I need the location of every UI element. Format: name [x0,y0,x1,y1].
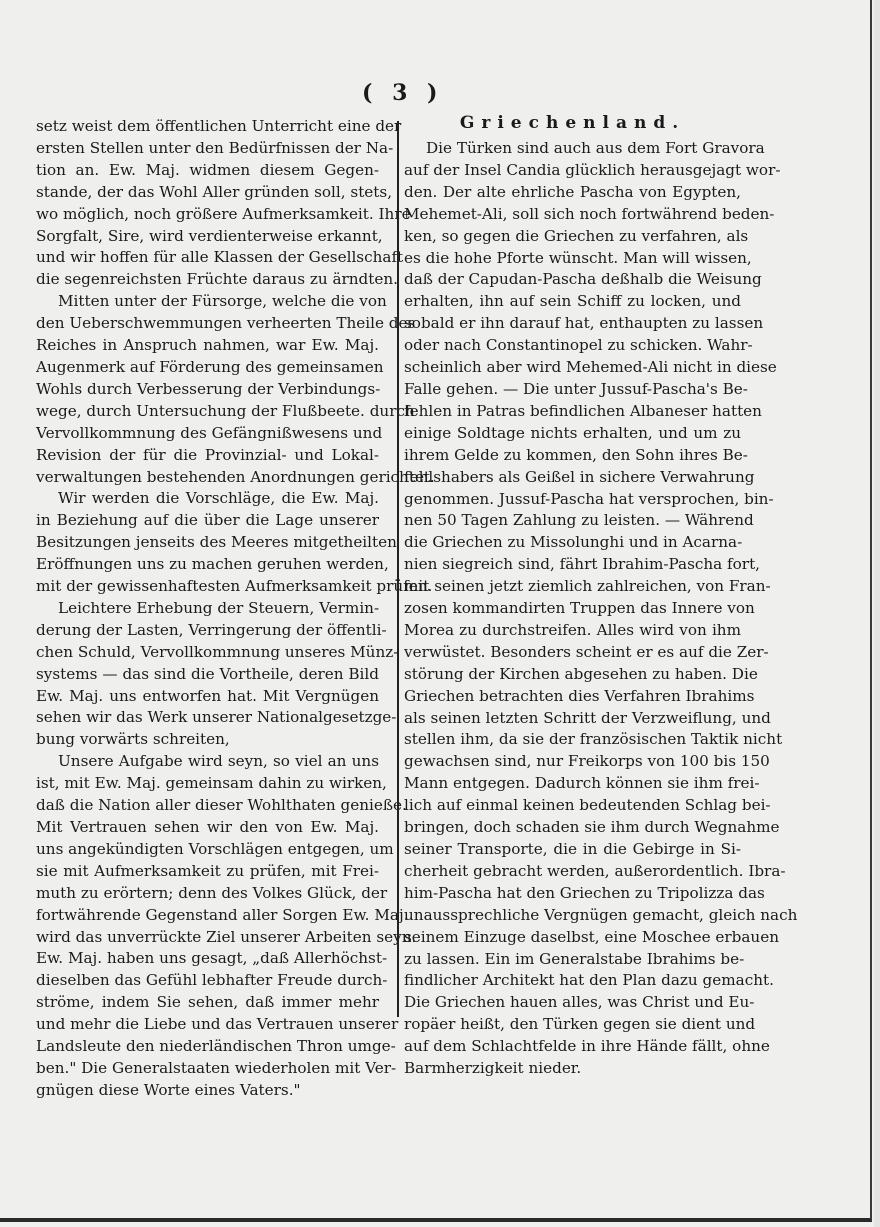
text-line: auf der Insel Candia glücklich herausgej… [404,160,741,182]
text-line: sobald er ihn darauf hat, enthaupten zu … [404,313,741,335]
section-heading: Griechenland. [404,110,741,136]
text-line: derung der Lasten, Verringerung der öffe… [36,620,379,642]
text-line: einige Soldtage nichts erhalten, und um … [404,423,741,445]
text-line: findlicher Architekt hat den Plan dazu g… [404,970,741,992]
text-line: in Beziehung auf die über die Lage unser… [36,510,379,532]
text-line: zosen kommandirten Truppen das Innere vo… [404,598,741,620]
text-line: als seinen letzten Schritt der Verzweifl… [404,708,741,730]
text-line: oder nach Constantinopel zu schicken. Wa… [404,335,741,357]
text-line: Landsleute den niederländischen Thron um… [36,1036,379,1058]
text-line: Die Griechen hauen alles, was Christ und… [404,992,741,1014]
text-line: wird das unverrückte Ziel unserer Arbeit… [36,927,379,949]
text-line: bringen, doch schaden sie ihm durch Wegn… [404,817,741,839]
text-line: Mehemet-Ali, soll sich noch fortwährend … [404,204,741,226]
text-line: ihrem Gelde zu kommen, den Sohn ihres Be… [404,445,741,467]
text-line: Reiches in Anspruch nahmen, war Ew. Maj. [36,335,379,357]
text-line: Unsere Aufgabe wird seyn, so viel an uns [36,751,379,773]
text-line: Leichtere Erhebung der Steuern, Vermin- [36,598,379,620]
text-line: mit der gewissenhaftesten Aufmerksamkeit… [36,576,379,598]
text-line: die segenreichsten Früchte daraus zu ärn… [36,269,379,291]
text-line: mit seinen jetzt ziemlich zahlreichen, v… [404,576,741,598]
text-line: sehen wir das Werk unserer Nationalgeset… [36,707,379,729]
text-line: Wohls durch Verbesserung der Verbindungs… [36,379,379,401]
text-line: Barmherzigkeit nieder. [404,1058,741,1080]
text-line: Morea zu durchstreifen. Alles wird von i… [404,620,741,642]
text-line: systems — das sind die Vortheile, deren … [36,664,379,686]
text-line: Ew. Maj. haben uns gesagt, „daß Allerhöc… [36,948,379,970]
text-line: tion an. Ew. Maj. widmen diesem Gegen- [36,160,379,182]
text-line: fehlen in Patras befindlichen Albaneser … [404,401,741,423]
text-line: fehlshabers als Geißel in sichere Verwah… [404,467,741,489]
text-line: Revision der für die Provinzial- und Lok… [36,445,379,467]
text-line: bung vorwärts schreiten, [36,729,379,751]
text-line: lich auf einmal keinen bedeutenden Schla… [404,795,741,817]
text-line: Mit Vertrauen sehen wir den von Ew. Maj. [36,817,379,839]
text-line: Sorgfalt, Sire, wird verdienterweise erk… [36,226,379,248]
text-line: fortwährende Gegenstand aller Sorgen Ew.… [36,905,379,927]
text-line: und mehr die Liebe und das Vertrauen uns… [36,1014,379,1036]
text-line: Mann entgegen. Dadurch können sie ihm fr… [404,773,741,795]
text-line: seiner Transporte, die in die Gebirge in… [404,839,741,861]
text-line: nen 50 Tagen Zahlung zu leisten. — Währe… [404,510,741,532]
text-line: wo möglich, noch größere Aufmerksamkeit.… [36,204,379,226]
text-line: es die hohe Pforte wünscht. Man will wis… [404,248,741,270]
text-line: die Griechen zu Missolunghi und in Acarn… [404,532,741,554]
text-line: sie mit Aufmerksamkeit zu prüfen, mit Fr… [36,861,379,883]
text-line: scheinlich aber wird Mehemed-Ali nicht i… [404,357,741,379]
text-line: Wir werden die Vorschläge, die Ew. Maj. [36,488,379,510]
text-line: auf dem Schlachtfelde in ihre Hände fäll… [404,1036,741,1058]
text-line: den Ueberschwemmungen verheerten Theile … [36,313,379,335]
text-line: uns angekündigten Vorschlägen entgegen, … [36,839,379,861]
text-line: seinem Einzuge daselbst, eine Moschee er… [404,927,741,949]
text-line: daß der Capudan-Pascha deßhalb die Weisu… [404,269,741,291]
text-line: dieselben das Gefühl lebhafter Freude du… [36,970,379,992]
text-line: Eröffnungen uns zu machen geruhen werden… [36,554,379,576]
right-column: Griechenland. Die Türken sind auch aus d… [404,110,741,1080]
text-line: ben." Die Generalstaaten wiederholen mit… [36,1058,379,1080]
text-line: genommen. Jussuf-Pascha hat versprochen,… [404,489,741,511]
text-line: cherheit gebracht werden, außerordentlic… [404,861,741,883]
text-line: gewachsen sind, nur Freikorps von 100 bi… [404,751,741,773]
document-page: ( 3 ) setz weist dem öffentlichen Unterr… [0,0,872,1222]
text-line: daß die Nation aller dieser Wohlthaten g… [36,795,379,817]
text-line: Die Türken sind auch aus dem Fort Gravor… [404,138,741,160]
text-line: wege, durch Untersuchung der Flußbeete. … [36,401,379,423]
text-line: muth zu erörtern; denn des Volkes Glück,… [36,883,379,905]
text-line: Vervollkommnung des Gefängnißwesens und [36,423,379,445]
text-line: ströme, indem Sie sehen, daß immer mehr [36,992,379,1014]
text-line: stellen ihm, da sie der französischen Ta… [404,729,741,751]
text-line: unaussprechliche Vergnügen gemacht, glei… [404,905,741,927]
text-line: und wir hoffen für alle Klassen der Gese… [36,247,379,269]
text-line: Ew. Maj. uns entworfen hat. Mit Vergnüge… [36,686,379,708]
text-line: chen Schuld, Vervollkommnung unseres Mün… [36,642,379,664]
text-line: verwaltungen bestehenden Anordnungen ger… [36,467,379,489]
text-line: ersten Stellen unter den Bedürfnissen de… [36,138,379,160]
page-number: ( 3 ) [362,80,443,106]
text-line: Griechen betrachten dies Verfahren Ibrah… [404,686,741,708]
text-line: ropäer heißt, den Türken gegen sie dient… [404,1014,741,1036]
text-line: gnügen diese Worte eines Vaters." [36,1080,379,1102]
right-column-body: Die Türken sind auch aus dem Fort Gravor… [404,138,741,1080]
text-line: den. Der alte ehrliche Pascha von Egypte… [404,182,741,204]
text-line: Mitten unter der Fürsorge, welche die vo… [36,291,379,313]
text-line: him-Pascha hat den Griechen zu Tripolizz… [404,883,741,905]
text-line: Besitzungen jenseits des Meeres mitgethe… [36,532,379,554]
text-line: erhalten, ihn auf sein Schiff zu locken,… [404,291,741,313]
text-line: störung der Kirchen abgesehen zu haben. … [404,664,741,686]
text-line: nien siegreich sind, fährt Ibrahim-Pasch… [404,554,741,576]
text-line: Falle gehen. — Die unter Jussuf-Pascha's… [404,379,741,401]
column-divider [397,121,399,1017]
text-line: ken, so gegen die Griechen zu verfahren,… [404,226,741,248]
text-line: verwüstet. Besonders scheint er es auf d… [404,642,741,664]
left-column: setz weist dem öffentlichen Unterricht e… [36,116,379,1102]
text-line: Augenmerk auf Förderung des gemeinsamen [36,357,379,379]
page-edge [874,0,880,1227]
text-line: ist, mit Ew. Maj. gemeinsam dahin zu wir… [36,773,379,795]
text-line: zu lassen. Ein im Generalstabe Ibrahims … [404,949,741,971]
text-line: setz weist dem öffentlichen Unterricht e… [36,116,379,138]
text-line: stande, der das Wohl Aller gründen soll,… [36,182,379,204]
